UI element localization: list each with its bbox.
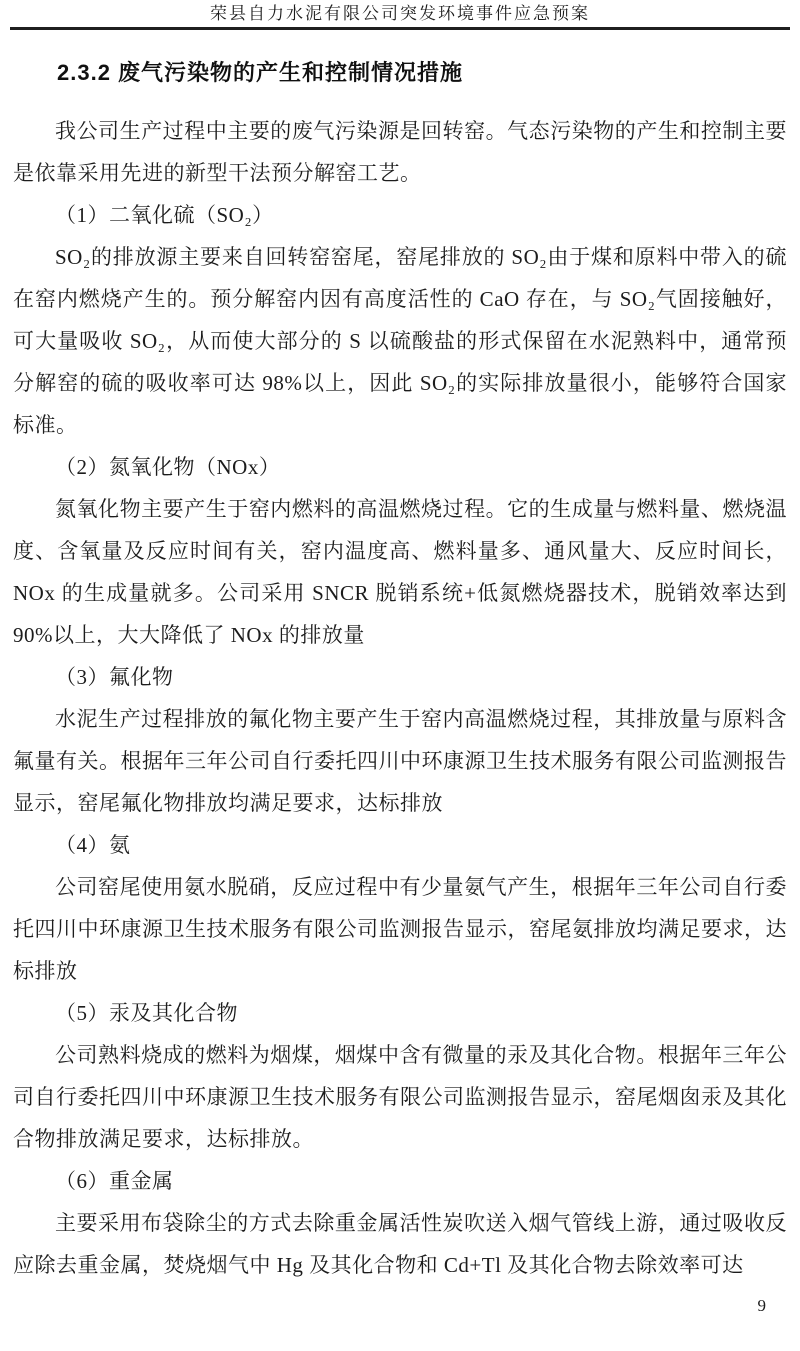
paragraph: 公司窑尾使用氨水脱硝，反应过程中有少量氨气产生，根据年三年公司自行委托四川中环康…	[13, 866, 787, 992]
list-item-heading: （6）重金属	[13, 1160, 787, 1202]
list-item-heading: （4）氨	[13, 824, 787, 866]
document-page: 荣县自力水泥有限公司突发环境事件应急预案 2.3.2 废气污染物的产生和控制情况…	[0, 0, 800, 1351]
paragraph: 主要采用布袋除尘的方式去除重金属活性炭吹送入烟气管线上游，通过吸收反应除去重金属…	[13, 1202, 787, 1286]
document-body: 2.3.2 废气污染物的产生和控制情况措施 我公司生产过程中主要的废气污染源是回…	[13, 56, 787, 1286]
section-heading: 2.3.2 废气污染物的产生和控制情况措施	[13, 56, 787, 90]
paragraph: 氮氧化物主要产生于窑内燃料的高温燃烧过程。它的生成量与燃料量、燃烧温度、含氧量及…	[13, 488, 787, 656]
paragraph: SO₂的排放源主要来自回转窑窑尾，窑尾排放的 SO₂由于煤和原料中带入的硫在窑内…	[13, 236, 787, 446]
page-header: 荣县自力水泥有限公司突发环境事件应急预案	[10, 0, 790, 30]
list-item-heading: （3）氟化物	[13, 656, 787, 698]
list-item-heading: （1）二氧化硫（SO₂）	[13, 194, 787, 236]
paragraph: 公司熟料烧成的燃料为烟煤，烟煤中含有微量的汞及其化合物。根据年三年公司自行委托四…	[13, 1034, 787, 1160]
page-header-title: 荣县自力水泥有限公司突发环境事件应急预案	[10, 3, 790, 25]
list-item-heading: （2）氮氧化物（NOx）	[13, 446, 787, 488]
list-item-heading: （5）汞及其化合物	[13, 992, 787, 1034]
paragraph: 水泥生产过程排放的氟化物主要产生于窑内高温燃烧过程，其排放量与原料含氟量有关。根…	[13, 698, 787, 824]
paragraph: 我公司生产过程中主要的废气污染源是回转窑。气态污染物的产生和控制主要是依靠采用先…	[13, 110, 787, 194]
page-number: 9	[758, 1296, 767, 1316]
